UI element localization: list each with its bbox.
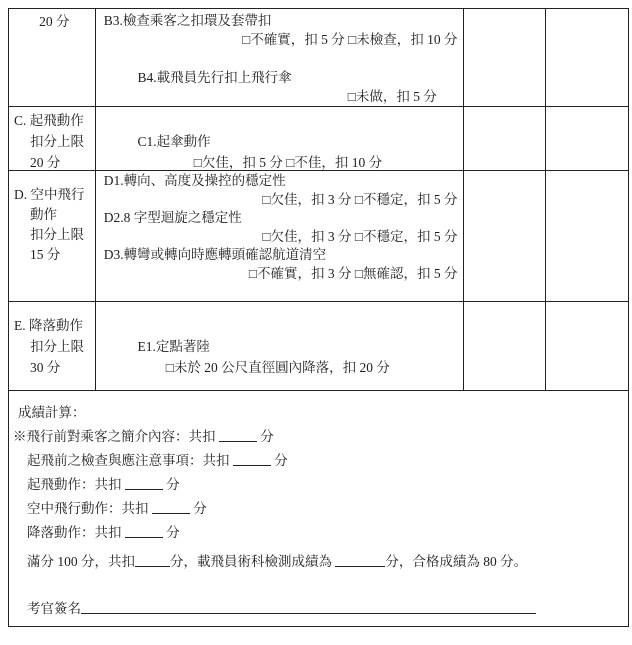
score-cell-2 <box>545 302 628 390</box>
section-label-cell: 20 分 <box>9 9 95 106</box>
score-calc-text: 降落動作：共扣 <box>27 525 125 540</box>
section-title: E. 降落動作 <box>9 315 95 336</box>
score-cell-2 <box>545 171 628 301</box>
table-row-c: C. 起飛動作 扣分上限 20 分 C1.起傘動作 □欠佳，扣 5 分 □不佳，… <box>9 107 628 171</box>
blank-field <box>233 453 271 466</box>
criterion-line: D3.轉彎或轉向時應轉頭確認航道清空 <box>104 246 459 265</box>
score-calc-unit: 分 <box>190 501 207 516</box>
score-calc-line: 起飛前之檢查與應注意事項：共扣 分 <box>13 449 622 473</box>
section-label-cell: C. 起飛動作 扣分上限 20 分 <box>9 107 95 170</box>
total-score-line: 滿分 100 分，共扣分，載飛員術科檢測成績為 分，合格成績為 80 分。 <box>13 550 622 574</box>
criterion-line: D2.8 字型迴旋之穩定性 <box>104 209 459 228</box>
criterion-text: E1.定點著陸 <box>137 339 209 354</box>
table-row-d: D. 空中飛行 動作 扣分上限 15 分 D1.轉向、高度及操控的穩定性 □欠佳… <box>9 171 628 302</box>
score-calc-text: ※飛行前對乘客之簡介內容：共扣 <box>13 429 219 444</box>
blank-field <box>125 477 163 490</box>
table-row-b: 20 分 B3.檢查乘客之扣環及套帶扣 □不確實，扣 5 分 □未檢查，扣 10… <box>9 9 628 107</box>
score-calc-line: 降落動作：共扣 分 <box>13 521 622 545</box>
criterion-deduction: □未於 20 公尺直徑圓內降落，扣 20 分 <box>166 357 390 378</box>
criterion-deduction-line: □不確實，扣 5 分 □未檢查，扣 10 分 <box>104 30 459 49</box>
signature-label: 考官簽名 <box>27 601 81 616</box>
total-text-b: 分，載飛員術科檢測成績為 <box>170 554 335 569</box>
section-max-deduction: 20 分 <box>9 11 95 32</box>
score-calculation-row: 成績計算： ※飛行前對乘客之簡介內容：共扣 分 起飛前之檢查與應注意事項：共扣 … <box>9 391 628 626</box>
document-page: 20 分 B3.檢查乘客之扣環及套帶扣 □不確實，扣 5 分 □未檢查，扣 10… <box>0 0 632 645</box>
table-row-e: E. 降落動作 扣分上限 30 分 E1.定點著陸 □未於 20 公尺直徑圓內降… <box>9 302 628 391</box>
score-form-table: 20 分 B3.檢查乘客之扣環及套帶扣 □不確實，扣 5 分 □未檢查，扣 10… <box>8 8 629 627</box>
blank-field <box>219 429 257 442</box>
blank-field <box>135 554 170 567</box>
score-calc-line: ※飛行前對乘客之簡介內容：共扣 分 <box>13 425 622 449</box>
criterion-line: D1.轉向、高度及操控的穩定性 <box>104 172 459 191</box>
criterion-text: C1.起傘動作 <box>137 134 210 149</box>
blank-field <box>125 525 163 538</box>
criteria-cell: B3.檢查乘客之扣環及套帶扣 □不確實，扣 5 分 □未檢查，扣 10 分 B4… <box>95 9 463 106</box>
criterion-line: B4.載飛員先行扣上飛行傘 □未做，扣 5 分 <box>104 49 459 106</box>
criterion-line: B3.檢查乘客之扣環及套帶扣 <box>104 11 459 30</box>
score-calc-unit: 分 <box>163 477 180 492</box>
section-subtitle: 扣分上限 <box>9 336 95 357</box>
criteria-cell: D1.轉向、高度及操控的穩定性 □欠佳，扣 3 分 □不穩定，扣 5 分 D2.… <box>95 171 463 301</box>
criterion-deduction-line: □欠佳，扣 3 分 □不穩定，扣 5 分 <box>104 191 459 210</box>
score-calc-unit: 分 <box>163 525 180 540</box>
criteria-cell: E1.定點著陸 □未於 20 公尺直徑圓內降落，扣 20 分 E2.著陸動作 □… <box>95 302 463 390</box>
score-cell-2 <box>545 9 628 106</box>
section-max-deduction: 30 分 <box>9 357 95 378</box>
score-calc-line: 起飛動作：共扣 分 <box>13 473 622 497</box>
section-max-deduction: 20 分 <box>9 152 95 170</box>
section-title: C. 起飛動作 <box>9 110 95 131</box>
section-label-cell: E. 降落動作 扣分上限 30 分 <box>9 302 95 390</box>
score-calc-text: 起飛前之檢查與應注意事項：共扣 <box>27 453 233 468</box>
score-cell-1 <box>463 107 546 170</box>
total-text-a: 滿分 100 分，共扣 <box>27 554 135 569</box>
score-calc-unit: 分 <box>257 429 274 444</box>
score-cell-1 <box>463 302 546 390</box>
score-calc-title: 成績計算： <box>13 401 622 425</box>
criterion-deduction: □未做，扣 5 分 <box>348 87 437 106</box>
total-text-c: 分，合格成績為 80 分。 <box>385 554 527 569</box>
score-calc-text: 起飛動作：共扣 <box>27 477 125 492</box>
criteria-cell: C1.起傘動作 □欠佳，扣 5 分 □不佳，扣 10 分 C2.控傘熟練度 □欠… <box>95 107 463 170</box>
blank-field <box>335 554 385 567</box>
criterion-deduction: □欠佳，扣 5 分 □不佳，扣 10 分 <box>194 152 382 170</box>
score-cell-1 <box>463 171 546 301</box>
section-title-2: 動作 <box>9 205 95 225</box>
score-calc-line: 空中飛行動作：共扣 分 <box>13 497 622 521</box>
section-label-cell: D. 空中飛行 動作 扣分上限 15 分 <box>9 171 95 301</box>
score-cell-2 <box>545 107 628 170</box>
criterion-line: D4.不得有空中嚴重失速 □嚴重失速扣 15 分 <box>104 283 459 301</box>
score-calculation-cell: 成績計算： ※飛行前對乘客之簡介內容：共扣 分 起飛前之檢查與應注意事項：共扣 … <box>9 391 628 626</box>
criterion-text: B4.載飛員先行扣上飛行傘 <box>137 70 291 85</box>
section-title: D. 空中飛行 <box>9 185 95 205</box>
criterion-deduction-line: □欠佳，扣 3 分 □不穩定，扣 5 分 <box>104 228 459 247</box>
section-subtitle: 扣分上限 <box>9 225 95 245</box>
criterion-line: C1.起傘動作 □欠佳，扣 5 分 □不佳，扣 10 分 <box>104 110 459 170</box>
score-calc-unit: 分 <box>271 453 288 468</box>
section-max-deduction: 15 分 <box>9 245 95 265</box>
examiner-signature-line: 考官簽名 <box>13 597 622 621</box>
section-subtitle: 扣分上限 <box>9 131 95 152</box>
criterion-line: E1.定點著陸 □未於 20 公尺直徑圓內降落，扣 20 分 <box>104 315 459 390</box>
score-cell-1 <box>463 9 546 106</box>
score-calc-text: 空中飛行動作：共扣 <box>27 501 152 516</box>
blank-field <box>152 501 190 514</box>
criterion-deduction-line: □不確實，扣 3 分 □無確認，扣 5 分 <box>104 265 459 284</box>
signature-blank-field <box>81 601 536 614</box>
